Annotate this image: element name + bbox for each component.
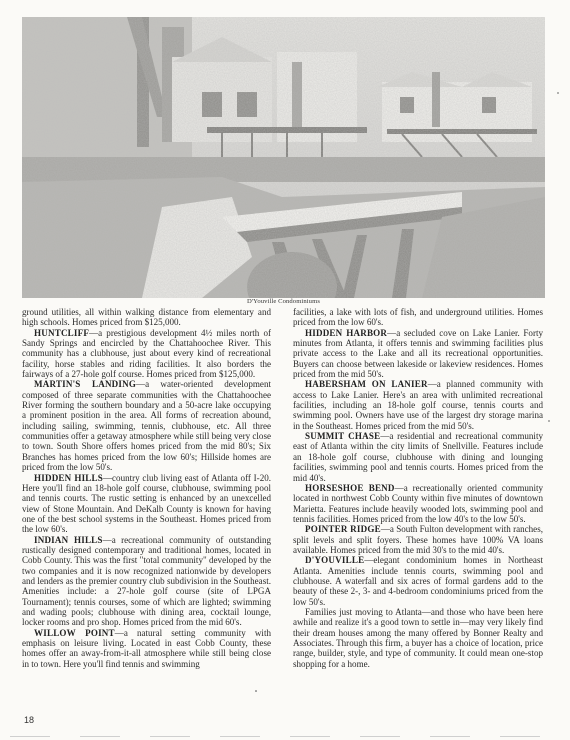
condominium-photo <box>22 17 545 298</box>
photo-image-icon <box>22 17 545 298</box>
scan-edge <box>10 736 560 737</box>
listing-title: HORSESHOE BEND <box>305 483 395 493</box>
listing-habersham-on-lanier: HABERSHAM ON LANIER—a planned community … <box>293 379 543 431</box>
listing-description: —a recreational community of outstanding… <box>22 535 271 628</box>
listing-title: HIDDEN HARBOR <box>305 328 387 338</box>
listing-title: MARTIN'S LANDING <box>34 379 136 389</box>
listing-indian-hills: INDIAN HILLS—a recreational community of… <box>22 535 271 628</box>
paragraph-continued: facilities, a lake with lots of fish, an… <box>293 307 543 328</box>
listing-description: —a water-oriented development composed o… <box>22 379 271 472</box>
listing-title: POINTER RIDGE <box>305 524 381 534</box>
print-speck <box>548 420 550 422</box>
listing-hidden-hills: HIDDEN HILLS—country club living east of… <box>22 473 271 535</box>
page-number: 18 <box>24 715 34 725</box>
paragraph-text: facilities, a lake with lots of fish, an… <box>293 307 543 327</box>
paragraph-continued: ground utilities, all within walking dis… <box>22 307 271 328</box>
listing-title: WILLOW POINT <box>34 628 115 638</box>
listing-title: HABERSHAM ON LANIER <box>305 379 428 389</box>
listing-title: INDIAN HILLS <box>34 535 103 545</box>
paragraph-text: ground utilities, all within walking dis… <box>22 307 271 327</box>
listing-title: HIDDEN HILLS <box>34 473 103 483</box>
left-text-column: ground utilities, all within walking dis… <box>22 307 271 669</box>
listing-title: D'YOUVILLE <box>305 555 364 565</box>
right-text-column: facilities, a lake with lots of fish, an… <box>293 307 543 669</box>
listing-summit-chase: SUMMIT CHASE—a residential and recreatio… <box>293 431 543 483</box>
listing-horseshoe-bend: HORSESHOE BEND—a recreationally oriented… <box>293 483 543 524</box>
print-speck <box>255 690 257 692</box>
listing-martins-landing: MARTIN'S LANDING—a water-oriented develo… <box>22 379 271 472</box>
document-page: D'Youville Condominiums ground utilities… <box>0 0 570 740</box>
closing-paragraph: Families just moving to Atlanta—and thos… <box>293 607 543 669</box>
listing-hidden-harbor: HIDDEN HARBOR—a secluded cove on Lake La… <box>293 328 543 380</box>
listing-pointer-ridge: POINTER RIDGE—a South Fulton development… <box>293 524 543 555</box>
print-speck <box>557 92 559 94</box>
paragraph-text: Families just moving to Atlanta—and thos… <box>293 607 543 669</box>
listing-title: HUNTCLIFF <box>34 328 89 338</box>
listing-dyouville: D'YOUVILLE—elegant condominium homes in … <box>293 555 543 607</box>
listing-huntcliff: HUNTCLIFF—a prestigious development 4½ m… <box>22 328 271 380</box>
listing-title: SUMMIT CHASE <box>305 431 380 441</box>
photo-caption: D'Youville Condominiums <box>22 298 545 305</box>
listing-willow-point: WILLOW POINT—a natural setting community… <box>22 628 271 669</box>
